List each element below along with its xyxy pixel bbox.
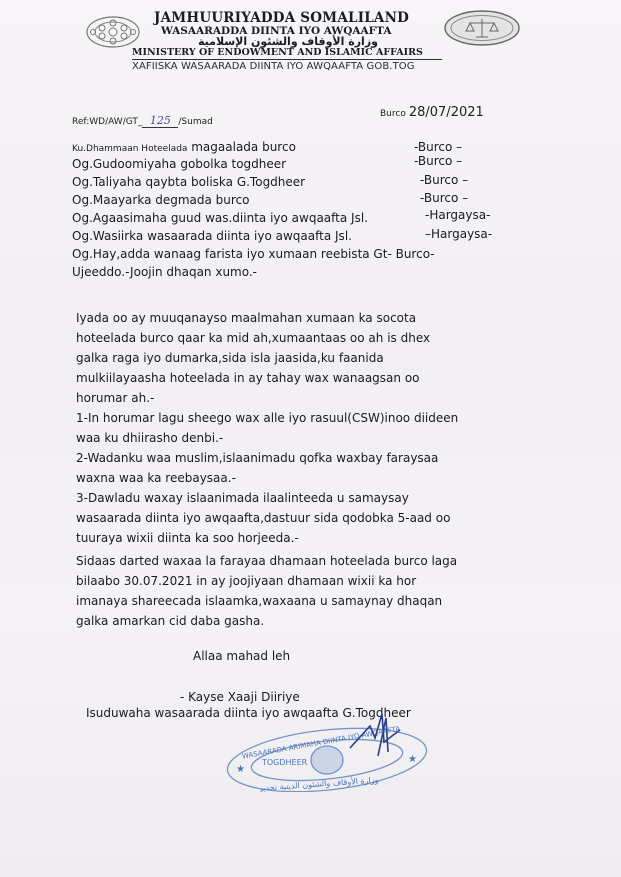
body-paragraph-2: Sidaas darted waxaa la farayaa dhamaan h… xyxy=(76,551,516,631)
header-divider xyxy=(132,59,442,60)
ornamental-emblem-icon xyxy=(84,14,142,50)
regional-office-name: XAFIISKA WASAARADA DIINTA IYO AWQAAFTA G… xyxy=(132,61,415,72)
svg-text:TOGDHEER: TOGDHEER xyxy=(261,758,308,767)
recipient-line: Og.Gudoomiyaha gobolka togdheer xyxy=(72,157,286,171)
recipient-line: Og.Wasiirka wasaarada diinta iyo awqaaft… xyxy=(72,229,352,243)
recipient-place: -Hargaysa- xyxy=(425,208,490,222)
svg-text:وزارة الأوقاف والشئون الدينية: وزارة الأوقاف والشئون الدينية تجدير xyxy=(257,774,378,792)
closing-text: Allaa mahad leh xyxy=(193,649,290,663)
recipient-place: -Burco – xyxy=(420,173,468,187)
recipient-place: –Hargaysa- xyxy=(425,227,492,241)
recipient-place: -Burco – xyxy=(414,154,462,168)
handwritten-ref-number: 125 xyxy=(142,114,178,128)
recipient-place: -Burco – xyxy=(414,140,462,154)
recipient-line: Og.Agaasimaha guud was.diinta iyo awqaaf… xyxy=(72,211,368,225)
letter-date: Burco28/07/2021 xyxy=(380,105,484,120)
recipient-line: Ku.Dhammaan Hoteelada magaalada burco xyxy=(72,140,296,154)
republic-name: JAMHUURIYADDA SOMALILAND xyxy=(154,10,409,26)
ministry-name-english: MINISTERY OF ENDOWMENT AND ISLAMIC AFFAI… xyxy=(132,47,423,58)
scales-emblem-icon xyxy=(442,8,522,48)
recipient-line: Og.Taliyaha qaybta boliska G.Togdheer xyxy=(72,175,305,189)
signatory-name: - Kayse Xaaji Diiriye xyxy=(180,690,300,704)
reference-number: Ref:WD/AW/GT_125/Sumad xyxy=(72,114,213,128)
handwritten-signature xyxy=(340,708,410,768)
letterhead: JAMHUURIYADDA SOMALILAND WASAARADDA DIIN… xyxy=(0,0,621,80)
recipient-place: -Burco – xyxy=(420,191,468,205)
letter-page: JAMHUURIYADDA SOMALILAND WASAARADDA DIIN… xyxy=(0,0,621,877)
svg-text:★: ★ xyxy=(236,764,245,775)
subject-line: Ujeeddo.-Joojin dhaqan xumo.- xyxy=(72,265,257,279)
body-paragraph-1: Iyada oo ay muuqanayso maalmahan xumaan … xyxy=(76,308,516,548)
recipient-line: Og.Hay,adda wanaag farista iyo xumaan re… xyxy=(72,247,435,261)
recipient-line: Og.Maayarka degmada burco xyxy=(72,193,250,207)
